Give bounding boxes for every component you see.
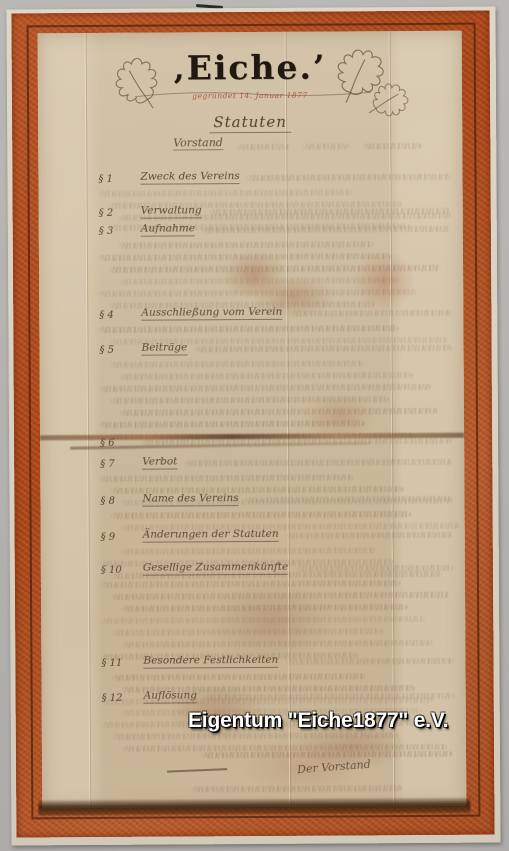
handwritten-line bbox=[112, 673, 365, 681]
handwritten-line bbox=[112, 592, 450, 600]
section-number: § 1 bbox=[98, 174, 132, 185]
section-heading-row: § 6 bbox=[100, 436, 452, 449]
handwritten-line bbox=[210, 208, 451, 215]
section-number: § 3 bbox=[99, 226, 133, 237]
handwritten-line bbox=[248, 174, 451, 181]
document-heading: Statuten bbox=[38, 111, 462, 135]
handwritten-line bbox=[99, 289, 416, 297]
handwritten-line bbox=[142, 438, 452, 446]
handwritten-line bbox=[120, 241, 373, 249]
section-heading-row: § 1 Zweck des Vereins bbox=[98, 169, 450, 185]
section-number: § 9 bbox=[101, 532, 135, 543]
handwritten-word bbox=[303, 143, 349, 149]
section-title: Gesellige Zusammenkünfte bbox=[143, 561, 288, 576]
board-word: Vorstand bbox=[173, 136, 223, 150]
section-5: § 5 Beiträge bbox=[99, 340, 452, 440]
section-number: § 7 bbox=[100, 459, 134, 470]
section-heading-row: § 3 Aufnahme bbox=[99, 221, 451, 237]
handwritten-line bbox=[100, 474, 353, 482]
section-title: Ausschließung vom Verein bbox=[141, 306, 282, 321]
board-line: Vorstand bbox=[173, 135, 443, 151]
handwritten-line bbox=[120, 277, 398, 285]
section-4: § 4 Ausschließung vom Verein bbox=[99, 305, 451, 345]
handwritten-line bbox=[296, 565, 453, 572]
handwritten-line bbox=[286, 658, 453, 665]
section-number: § 4 bbox=[99, 310, 133, 321]
handwritten-body bbox=[99, 241, 451, 309]
handwritten-line bbox=[247, 496, 453, 503]
section-title: Beiträge bbox=[141, 341, 187, 355]
section-heading-row: § 7 Verbot bbox=[100, 454, 452, 470]
handwritten-line bbox=[110, 265, 441, 273]
handwritten-line bbox=[100, 420, 364, 428]
section-number: § 5 bbox=[100, 345, 134, 356]
section-8: § 8 Name des Vereins bbox=[100, 491, 452, 531]
club-title: ‚Eiche.’ bbox=[38, 47, 462, 89]
handwritten-body bbox=[101, 580, 453, 660]
handwritten-line bbox=[121, 408, 438, 416]
handwritten-word bbox=[237, 144, 289, 150]
handwritten-line bbox=[101, 580, 400, 588]
section-title: Verwaltung bbox=[141, 204, 202, 218]
aged-paper: ‚Eiche.’ gegründet 14. Januar 1877 Statu… bbox=[38, 31, 467, 809]
section-number: § 12 bbox=[102, 693, 136, 704]
section-heading-row: § 4 Ausschließung vom Verein bbox=[99, 305, 451, 321]
signature-dash bbox=[167, 768, 227, 772]
section-heading-row: § 8 Name des Vereins bbox=[100, 491, 452, 507]
section-3: § 3 Aufnahme bbox=[99, 221, 452, 309]
section-number: § 2 bbox=[99, 208, 133, 219]
handwritten-line bbox=[111, 511, 410, 519]
section-heading-row: § 5 Beiträge bbox=[99, 340, 451, 356]
document-heading-text: Statuten bbox=[209, 113, 291, 133]
handwritten-line bbox=[110, 360, 363, 368]
section-heading-row: § 12 Auflösung bbox=[102, 688, 454, 704]
handwritten-line bbox=[122, 547, 375, 555]
handwritten-body bbox=[100, 360, 452, 440]
section-heading-row: § 2 Verwaltung bbox=[99, 203, 451, 219]
section-number: § 11 bbox=[101, 658, 135, 669]
handwritten-signature-line bbox=[192, 785, 402, 792]
section-title: Auflösung bbox=[144, 689, 197, 703]
section-title: Änderungen der Statuten bbox=[143, 528, 279, 543]
handwritten-line bbox=[99, 189, 352, 197]
handwritten-line bbox=[185, 459, 452, 467]
handwritten-line bbox=[203, 226, 451, 234]
photo-of-framed-document: ‚Eiche.’ gegründet 14. Januar 1877 Statu… bbox=[0, 0, 509, 851]
handwritten-line bbox=[287, 532, 453, 539]
bottom-dark-band bbox=[38, 798, 470, 816]
handwritten-line bbox=[122, 604, 407, 612]
handwritten-line bbox=[112, 732, 397, 740]
ownership-watermark: Eigentum "Eiche1877" e.V. bbox=[188, 709, 448, 733]
handwritten-line bbox=[100, 384, 431, 392]
handwritten-line bbox=[112, 628, 383, 636]
vertical-crease bbox=[86, 33, 92, 808]
section-title: Besondere Festlichkeiten bbox=[143, 654, 278, 669]
handwritten-line bbox=[99, 325, 398, 333]
board-signature: Der Vorstand bbox=[297, 758, 371, 777]
handwritten-line bbox=[99, 253, 391, 261]
handwritten-line bbox=[205, 693, 454, 701]
section-title: Aufnahme bbox=[141, 222, 195, 236]
section-title: Verbot bbox=[142, 455, 177, 469]
section-title: Name des Vereins bbox=[142, 492, 238, 507]
section-title: Zweck des Vereins bbox=[140, 170, 239, 185]
section-number: § 6 bbox=[100, 438, 134, 449]
section-heading-row: § 10 Gesellige Zusammenkünfte bbox=[101, 560, 453, 576]
handwritten-line bbox=[195, 345, 451, 353]
section-heading-row: § 9 Änderungen der Statuten bbox=[101, 527, 453, 543]
handwritten-resolution-line bbox=[202, 751, 452, 759]
section-heading-row: § 11 Besondere Festlichkeiten bbox=[101, 653, 453, 669]
handwritten-line bbox=[122, 640, 432, 648]
handwritten-line bbox=[101, 616, 425, 624]
handwritten-line bbox=[121, 372, 413, 380]
section-6: § 6 bbox=[100, 436, 452, 449]
handwritten-line bbox=[110, 396, 388, 404]
handwritten-line bbox=[290, 310, 451, 317]
handwritten-word bbox=[363, 143, 421, 149]
section-10: § 10 Gesellige Zusammenkünfte bbox=[101, 560, 454, 660]
section-number: § 8 bbox=[100, 496, 134, 507]
section-number: § 10 bbox=[101, 565, 135, 576]
